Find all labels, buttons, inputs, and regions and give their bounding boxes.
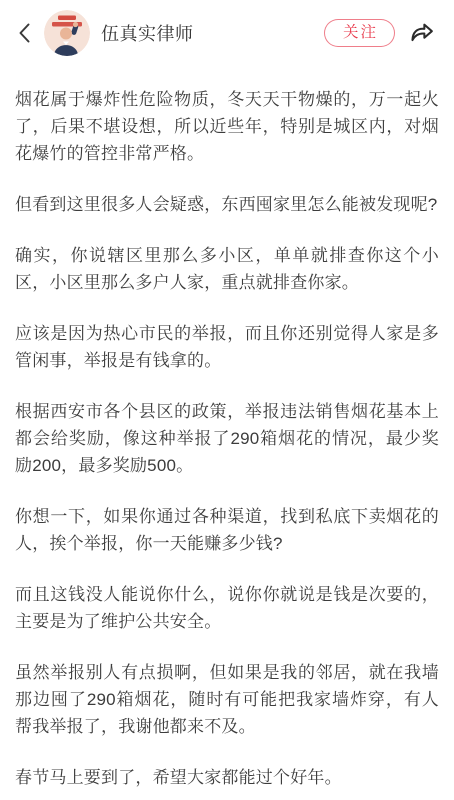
- avatar[interactable]: [44, 10, 90, 56]
- author-username[interactable]: 伍真实律师: [101, 20, 194, 46]
- article-paragraph: 烟花属于爆炸性危险物质，冬天天干物燥的，万一起火了，后果不堪设想，所以近些年，特…: [15, 86, 439, 167]
- article-paragraph: 而且这钱没人能说你什么，说你你就说是钱是次要的，主要是为了维护公共安全。: [15, 581, 439, 635]
- article-paragraph: 春节马上要到了，希望大家都能过个好年。: [15, 764, 439, 791]
- share-arrow-icon: [407, 18, 437, 48]
- article-paragraph: 虽然举报别人有点损啊，但如果是我的邻居，就在我墙那边囤了290箱烟花，随时有可能…: [15, 659, 439, 740]
- article-body: 烟花属于爆炸性危险物质，冬天天干物燥的，万一起火了，后果不堪设想，所以近些年，特…: [0, 66, 454, 791]
- article-paragraph: 但看到这里很多人会疑惑，东西囤家里怎么能被发现呢?: [15, 191, 439, 218]
- lawyer-avatar-image: [44, 10, 90, 56]
- article-paragraph: 应该是因为热心市民的举报，而且你还别觉得人家是多管闲事，举报是有钱拿的。: [15, 320, 439, 374]
- share-button[interactable]: [406, 17, 438, 49]
- article-paragraph: 你想一下，如果你通过各种渠道，找到私底下卖烟花的人，挨个举报，你一天能赚多少钱?: [15, 503, 439, 557]
- back-button[interactable]: [10, 18, 40, 48]
- article-paragraph: 确实，你说辖区里那么多小区，单单就排查你这个小区，小区里那么多户人家，重点就排查…: [15, 242, 439, 296]
- chevron-left-icon: [13, 21, 37, 45]
- follow-button[interactable]: 关注: [324, 19, 395, 48]
- post-header: 伍真实律师 关注: [0, 0, 454, 66]
- article-paragraph: 根据西安市各个县区的政策，举报违法销售烟花基本上都会给奖励，像这种举报了290箱…: [15, 398, 439, 479]
